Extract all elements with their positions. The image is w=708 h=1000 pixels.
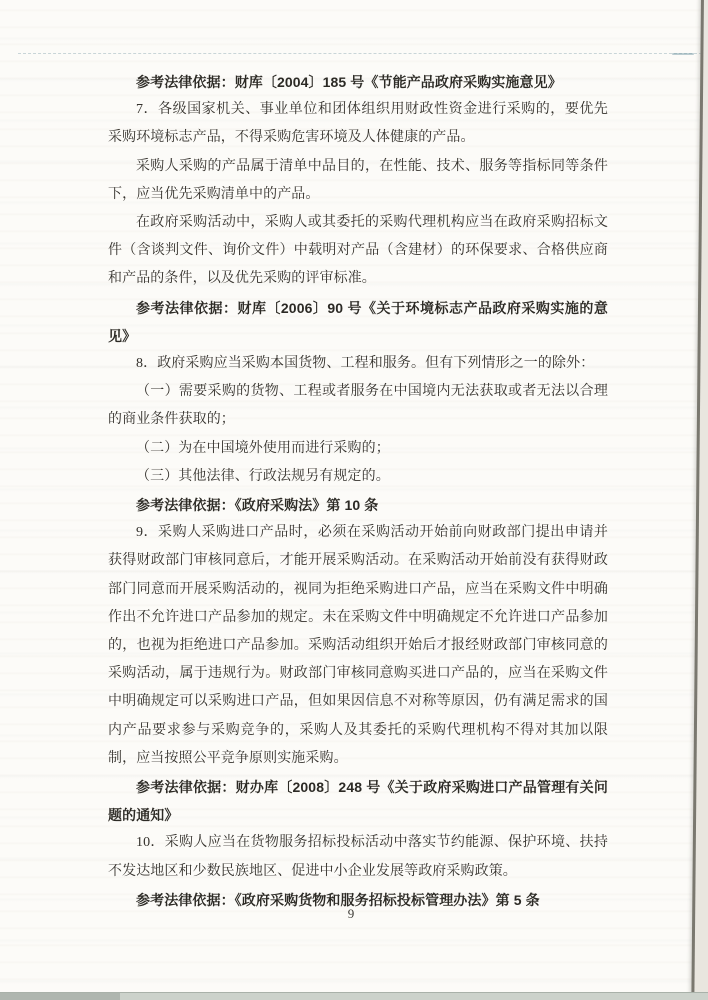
reference-paragraph: 参考法律依据：《政府采购法》第 10 条	[108, 491, 608, 519]
scanned-document-page: 参考法律依据：财库〔2004〕185 号《节能产品政府采购实施意见》7．各级国家…	[0, 0, 708, 1000]
page-number: 9	[0, 906, 702, 922]
reference-paragraph: 参考法律依据：财库〔2006〕90 号《关于环境标志产品政府采购实施的意见》	[108, 294, 608, 350]
scanner-bed-bottom-edge	[0, 992, 708, 1000]
reference-paragraph: 参考法律依据：财库〔2004〕185 号《节能产品政府采购实施意见》	[108, 68, 608, 96]
body-paragraph: 采购人采购的产品属于清单中品目的，在性能、技术、服务等指标同等条件下，应当优先采…	[108, 153, 608, 209]
body-paragraph: （三）其他法律、行政法规另有规定的。	[108, 463, 608, 491]
body-paragraph: （一）需要采购的货物、工程或者服务在中国境内无法获取或者无法以合理的商业条件获取…	[108, 378, 608, 434]
body-paragraph: 8．政府采购应当采购本国货物、工程和服务。但有下列情形之一的除外：	[108, 350, 608, 378]
paper-right-edge	[691, 0, 708, 1000]
body-paragraph: 7．各级国家机关、事业单位和团体组织用财政性资金进行采购的，要优先采购环境标志产…	[108, 96, 608, 152]
body-paragraph: 在政府采购活动中，采购人或其委托的采购代理机构应当在政府采购招标文件（含谈判文件…	[108, 209, 608, 294]
body-paragraph: 9．采购人采购进口产品时，必须在采购活动开始前向财政部门提出申请并获得财政部门审…	[108, 519, 608, 773]
scan-artifact-hairline	[18, 53, 702, 54]
body-paragraph: （二）为在中国境外使用而进行采购的；	[108, 435, 608, 463]
body-paragraph: 10．采购人应当在货物服务招标投标活动中落实节约能源、保护环境、扶持不发达地区和…	[108, 829, 608, 885]
reference-paragraph: 参考法律依据：财办库〔2008〕248 号《关于政府采购进口产品管理有关问题的通…	[108, 773, 608, 829]
document-body: 参考法律依据：财库〔2004〕185 号《节能产品政府采购实施意见》7．各级国家…	[108, 68, 608, 914]
